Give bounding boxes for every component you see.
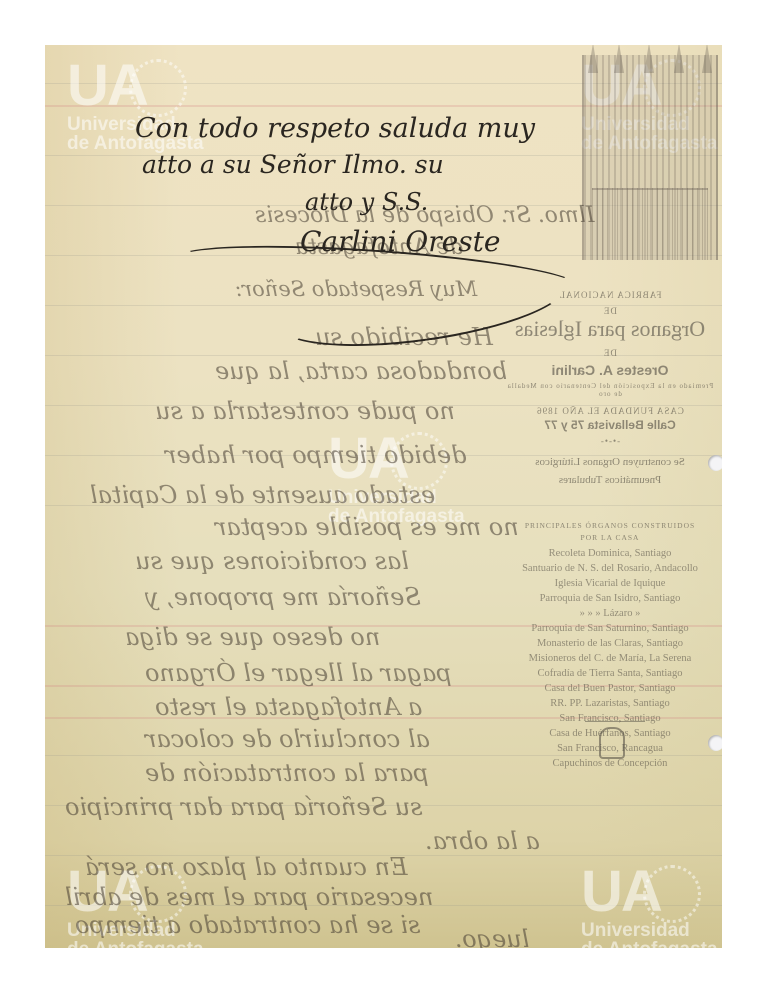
organ-list-item: Santuario de N. S. del Rosario, Andacoll… <box>505 561 715 576</box>
letterhead-services1: Se construyen Organos Litúrgicos <box>505 456 715 468</box>
bell-ornament-icon <box>599 727 625 759</box>
bleed-through-line: bondadosa carta, la que <box>215 357 507 385</box>
letterhead-owner: Orestes A. Carlini <box>505 362 715 378</box>
letterhead-title: Organos para Iglesias <box>505 316 715 342</box>
organs-list-subheading: POR LA CASA <box>505 533 715 542</box>
organs-list-heading: PRINCIPALES ÓRGANOS CONSTRUIDOS <box>505 521 715 530</box>
organ-list-item: Cofradía de Tierra Santa, Santiago <box>505 666 715 681</box>
organ-list-item: Casa del Buen Pastor, Santiago <box>505 681 715 696</box>
bleed-through-line: si se ha contratado a tiempo <box>75 911 420 939</box>
seal-icon <box>129 59 187 117</box>
organ-illustration <box>582 55 718 260</box>
organ-list-item: » » » Lázaro » <box>505 606 715 621</box>
punch-hole <box>708 735 722 751</box>
punch-hole <box>708 455 722 471</box>
organ-list-item: Recoleta Dominica, Santiago <box>505 546 715 561</box>
letterhead-ornament: -•-•- <box>505 436 715 446</box>
divider <box>585 721 645 722</box>
watermark-bottom-right: UA Universidad de Antofagasta <box>581 863 718 948</box>
bleed-through-line: debido tiempo por haber <box>165 441 467 469</box>
letterhead: FABRICA NACIONAL DE Organos para Iglesia… <box>505 290 715 486</box>
bleed-through-line: a la obra. <box>425 827 540 855</box>
organ-list-item: Parroquia de San Saturnino, Santiago <box>505 621 715 636</box>
letterhead-address: Calle Bellavista 75 y 77 <box>505 418 715 432</box>
bleed-through-line: necesario para el mes de abril <box>65 883 433 911</box>
bleed-through-line: En cuanto al plazo no será <box>85 853 408 881</box>
bleed-through-line: Señoría me propone, y <box>145 583 421 611</box>
letterhead-tagline: Premiado en la Exposición del Centenario… <box>505 382 715 390</box>
watermark-line2: de Antofagasta <box>67 940 204 948</box>
watermark-line1: Universidad <box>581 921 718 940</box>
bleed-through-line: no me es posible aceptar <box>215 513 519 541</box>
bleed-through-line: para la contratación de <box>145 759 429 787</box>
closing-line-2: atto a su Señor Ilmo. su <box>142 150 444 179</box>
bleed-through-line: pagar al llegar el Órgano <box>145 659 452 687</box>
seal-icon <box>643 865 701 923</box>
closing-line-1: Con todo respeto saluda muy <box>135 113 535 144</box>
bleed-through-line: estado ausente de la Capital <box>90 481 435 509</box>
bleed-through-line: su Señoría para dar principio <box>65 793 422 821</box>
bleed-through-line: al concluirlo de colocar <box>145 725 430 753</box>
bleed-through-line: las condiciones que su <box>135 547 409 575</box>
letterhead-tagline2: de oro <box>505 390 715 398</box>
letter-page: UA Universidad de Antofagasta UA Univers… <box>45 45 722 948</box>
closing-line-3: atto y S.S. <box>305 188 428 216</box>
bleed-through-line: a Antofagasta el resto <box>155 693 422 721</box>
letterhead-de: DE <box>505 348 715 358</box>
organ-list-item: Iglesia Vicarial de Iquique <box>505 576 715 591</box>
bleed-through-line: luego. <box>455 925 529 948</box>
bleed-through-line: no pude contestarla a su <box>155 397 455 425</box>
organ-list-item: Monasterio de las Claras, Santiago <box>505 636 715 651</box>
organ-list-item: RR. PP. Lazaristas, Santiago <box>505 696 715 711</box>
watermark-line2: de Antofagasta <box>581 940 718 948</box>
letterhead-founded: CASA FUNDADA EL AÑO 1896 <box>505 406 715 416</box>
organ-list-item: Parroquia de San Isidro, Santiago <box>505 591 715 606</box>
letterhead-services2: Pneumáticos Tubulares <box>505 474 715 486</box>
organ-list-item: San Francisco, Santiago <box>505 711 715 726</box>
organ-list-item: Misioneros del C. de María, La Serena <box>505 651 715 666</box>
bleed-through-line: no deseo que se diga <box>125 623 380 651</box>
